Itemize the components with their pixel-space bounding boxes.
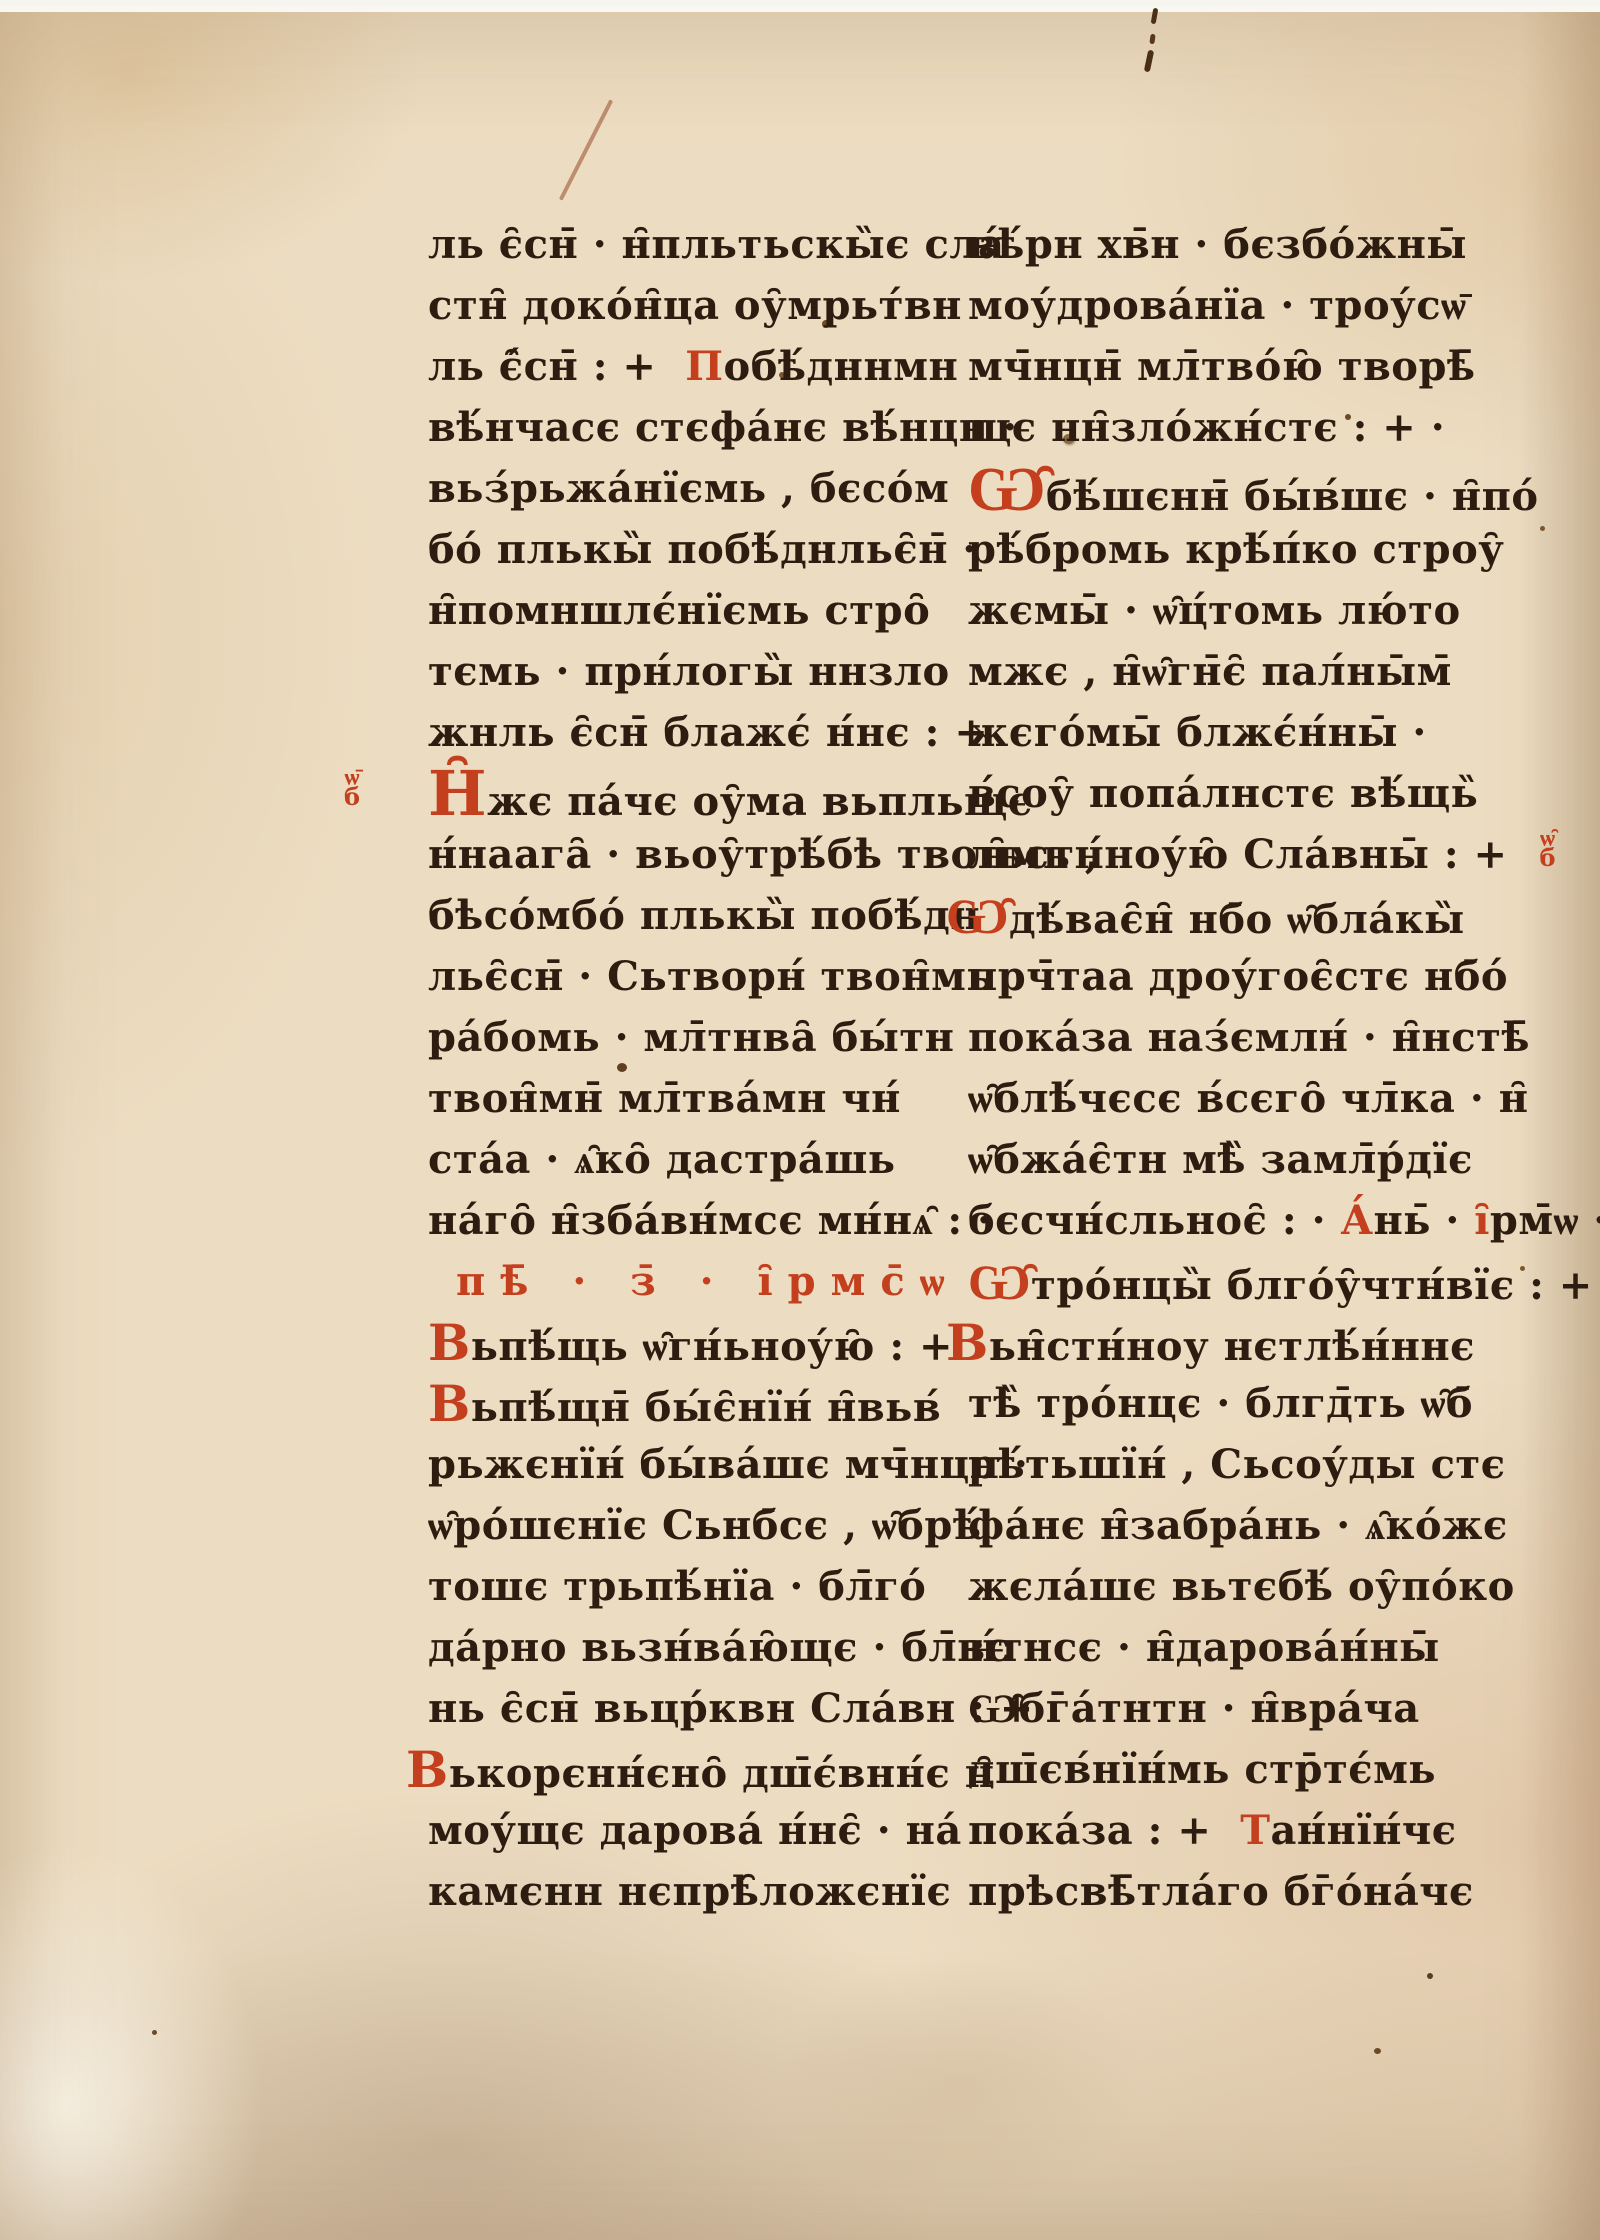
text-line: ль є̑́сн̄ : + Побѣ́дннмн xyxy=(428,336,968,397)
text-line: щє нн̑зло́жн́стє : + · xyxy=(968,397,1508,458)
ink-speck xyxy=(1144,50,1154,73)
body-text: моу́щє дарова́ н́нє̑ · на́ xyxy=(428,1807,962,1854)
body-text: фа́нє н̑забра́нь · ѧ̑ко́жє xyxy=(968,1502,1508,1549)
body-text: дѣ́ває̑н̑ нб̄о ѡ̑бла́кы̏ xyxy=(1009,896,1465,943)
body-text: ѡ̑бжа́є̑тн мѣ̏ замл̄р́дїє xyxy=(968,1136,1473,1183)
body-text: ль є̑сн̄ · н̑пльтьскы̏є сла́ xyxy=(428,221,1004,268)
text-line: бєсчн́сльноє̑ : · А́нь̄ · і̑рм̄ѡ · xyxy=(968,1190,1508,1251)
body-text: бєсчн́сльноє̑ : · xyxy=(968,1197,1340,1244)
body-text: льє̑сн̄ · Сьтворн́ твон̑мь xyxy=(428,953,994,1000)
text-line: н́тнсє · н̑дарова́н́ны̄ xyxy=(968,1617,1508,1678)
text-line: жнль є̑сн̄ блажє́ н́нє : + xyxy=(428,702,968,763)
body-text: жє па́чє оу̑ма вьпльщє xyxy=(487,778,1033,825)
body-text: моу́дрова́нїа · троу́сѡ̄ xyxy=(968,282,1466,329)
body-text: н̑помншлє́нїємь стро̑ xyxy=(428,587,930,634)
body-text: тємь · прн́логы̏ ннзло xyxy=(428,648,950,695)
text-line: прѣсвѣ̄тла́го бг̄о́на́чє xyxy=(968,1861,1508,1922)
rubric-initial: В xyxy=(406,1739,449,1800)
body-text: жєго́мы̄ блжє́н́ны̄ · xyxy=(968,709,1427,756)
text-line: вьз́рьжа́нїємь , бєсо́м xyxy=(428,458,968,519)
body-text: мжє , н̑ѡ̑гн̄є̑ пал́ны̄м̄ xyxy=(968,648,1452,695)
body-text: Ѡ̑бг̄а́тнтн · н̑вра́ча xyxy=(968,1685,1420,1732)
ink-speck xyxy=(1149,34,1155,45)
rubric-text: А́ xyxy=(1340,1197,1373,1244)
text-line: нь є̑сн̄ вьцр́квн Сла́вн : + xyxy=(428,1678,968,1739)
text-line: жєла́шє вьтєбѣ́ оу̑по́ко xyxy=(968,1556,1508,1617)
bogorodichen-margin-mark: ѡ̑ б̄ xyxy=(1539,828,1556,869)
text-line: Вькорєнн́єно̑ дш̄є́внн́є н̑ xyxy=(428,1739,968,1800)
body-text: ра́бомь · мл̄тнва̑ бы́тн xyxy=(428,1014,954,1061)
rubric-initial: В xyxy=(428,1374,471,1433)
text-line: льє̑сн̄ · Сьтворн́ твон̑мь xyxy=(428,946,968,1007)
text-line: рѣ́бромь крѣ́п́ко строу̑ xyxy=(968,519,1508,580)
body-text: ѡ̑ро́шєнїє Сьнб̄сє , ѡ̑брѣ́ xyxy=(428,1502,981,1549)
body-text: ьн̑стн́ноу нєтлѣ́н́ннє xyxy=(989,1323,1475,1370)
body-text: рѣ́бромь крѣ́п́ко строу̑ xyxy=(968,526,1504,573)
text-line: тємь · прн́логы̏ ннзло xyxy=(428,641,968,702)
body-text: бо́ плькы̏ побѣ́днльє̑н̄ · xyxy=(428,526,977,573)
text-line: жєго́мы̄ блжє́н́ны̄ · xyxy=(968,702,1508,763)
body-text: ьпѣ́щь ѡ̑гн́ьноу́ю̑ : + xyxy=(471,1323,953,1370)
rubric-initial: В xyxy=(428,1313,471,1372)
body-text: ста́а · ѧ̑ко̑ дастра́шь xyxy=(428,1136,896,1183)
text-line: пока́за наз́ємлн́ · н̑нстѣ̄ xyxy=(968,1007,1508,1068)
body-text: пока́за наз́ємлн́ · н̑нстѣ̄ xyxy=(968,1014,1530,1061)
text-line: Ѡ̑дѣ́ває̑н̑ нб̄о ѡ̑бла́кы̏ xyxy=(968,885,1508,946)
body-text: жєла́шє вьтєбѣ́ оу̑по́ко xyxy=(968,1563,1515,1610)
text-line: н́наага̑ · вьоу̑трѣ́бѣ твон̑мь , xyxy=(428,824,968,885)
text-line: мч̄нцн̄ мл̄тво́ю̑ творѣ̄ xyxy=(968,336,1508,397)
body-text: мч̄нцн̄ мл̄тво́ю̑ творѣ̄ xyxy=(968,343,1476,390)
text-line: фа́нє н̑забра́нь · ѧ̑ко́жє xyxy=(968,1495,1508,1556)
text-line: дш̄єв́нїн́мь стр̄тє́мь xyxy=(968,1739,1508,1800)
text-line: Вьпѣ́щн̄ бы́є̑нїн́ н̑вьв́ xyxy=(428,1373,968,1434)
text-line: вѣ́рн хв̄н · бєзбо́жны̄ xyxy=(968,214,1508,275)
body-text: н́тнсє · н̑дарова́н́ны̄ xyxy=(968,1624,1440,1671)
text-line: Н̑жє па́чє оу̑ма вьпльщєѡ̄ б xyxy=(428,763,968,824)
body-text: тро́нцы̏ блго́у̑чтн́вїє : + xyxy=(1031,1262,1593,1309)
text-line: ѡ̑ро́шєнїє Сьнб̄сє , ѡ̑брѣ́ xyxy=(428,1495,968,1556)
text-line: Ѡ̑бг̄а́тнтн · н̑вра́ча xyxy=(968,1678,1508,1739)
body-text: пока́за : + xyxy=(968,1807,1240,1854)
body-text: льстн́ноу́ю̑ Сла́вны̄ : + xyxy=(968,831,1508,878)
text-line: бѣсо́мбо́ плькы̏ побѣ́дн xyxy=(428,885,968,946)
text-line: да́рно вьзн́ва́ю̑щє · бл̄вє xyxy=(428,1617,968,1678)
text-line: твон̑мн̄ мл̄тва́мн чн́ xyxy=(428,1068,968,1129)
body-text: твон̑мн̄ мл̄тва́мн чн́ xyxy=(428,1075,901,1122)
text-line: ѡ̑бжа́є̑тн мѣ̏ замл̄р́дїє xyxy=(968,1129,1508,1190)
body-text: вѣ́нчасє стєфа́нє вѣ́нцн · xyxy=(428,404,1017,451)
body-text: дш̄єв́нїн́мь стр̄тє́мь xyxy=(968,1746,1436,1793)
body-text: ьпѣ́щн̄ бы́є̑нїн́ н̑вьв́ xyxy=(471,1384,941,1431)
text-line: пѣ̄ · з̄ · і̑рмс̄ѡ xyxy=(428,1251,968,1312)
body-text: бѣсо́мбо́ плькы̏ побѣ́дн xyxy=(428,892,980,939)
ink-stroke xyxy=(559,99,613,201)
text-line: Вьн̑стн́ноу нєтлѣ́н́ннє xyxy=(968,1312,1508,1373)
body-text: да́рно вьзн́ва́ю̑щє · бл̄вє xyxy=(428,1624,1010,1671)
text-line: Ѡ̑бѣ́шєнн̄ бы́в́шє · н̑по́ xyxy=(968,458,1508,519)
body-text: жємы̄ · ѡ̑ц́томь лю́то xyxy=(968,587,1461,634)
body-text: жнль є̑сн̄ блажє́ н́нє : + xyxy=(428,709,988,756)
text-line: вѣ́нчасє стєфа́нє вѣ́нцн · xyxy=(428,397,968,458)
body-text: тѣ̏ тро́нцє · блгд̄ть ѡ̑б̄ xyxy=(968,1380,1473,1427)
text-line: прч̄таа дроу́гоє̑стє нб̄о́ xyxy=(968,946,1508,1007)
manuscript-page: ль є̑сн̄ · н̑пльтьскы̏є сла́стн̑ доко́н̑… xyxy=(0,6,1600,2240)
text-line: ра́бомь · мл̄тнва̑ бы́тн xyxy=(428,1007,968,1068)
body-text: ѡ̑блѣ́чєсє в́сєго̑ чл̄ка · н̑ xyxy=(968,1075,1528,1122)
body-text: тошє трьпѣ́нїа · бл̄го́ xyxy=(428,1563,926,1610)
rubric-initial: В xyxy=(946,1312,989,1373)
text-line: льстн́ноу́ю̑ Сла́вны̄ : +ѡ̑ б̄ xyxy=(968,824,1508,885)
body-text: нь є̑сн̄ вьцр́квн Сла́вн : + xyxy=(428,1685,1034,1732)
text-column-right: вѣ́рн хв̄н · бєзбо́жны̄моу́дрова́нїа · т… xyxy=(968,214,1508,1922)
body-text: стн̑ доко́н̑ца оу̑мрьт́вн xyxy=(428,282,962,329)
text-line: ста́а · ѧ̑ко̑ дастра́шь xyxy=(428,1129,968,1190)
text-column-left: ль є̑сн̄ · н̑пльтьскы̏є сла́стн̑ доко́н̑… xyxy=(428,214,968,1922)
body-text: прч̄таа дроу́гоє̑стє нб̄о́ xyxy=(968,953,1508,1000)
text-line: Ѡ̑тро́нцы̏ блго́у̑чтн́вїє : + xyxy=(968,1251,1508,1312)
body-text: камєнн нєпрѣ̑ложєнїє xyxy=(428,1868,951,1915)
body-text: обѣ́дннмн xyxy=(724,343,959,390)
rubric-initial: Ѡ̑ xyxy=(946,885,1009,946)
text-line: рьжєнїн́ бы́ва́шє мч̄нцн · xyxy=(428,1434,968,1495)
rubric-initial: Н̑ xyxy=(428,757,487,830)
body-text: на́го̑ н̑зба́вн́мсє мн́нѧ̑ : · xyxy=(428,1197,992,1244)
text-line: мжє , н̑ѡ̑гн̄є̑ пал́ны̄м̄ xyxy=(968,641,1508,702)
text-line: в́соу̑ попа́лнстє вѣ́щь̏ xyxy=(968,763,1508,824)
body-text: щє нн̑зло́жн́стє : + · xyxy=(968,404,1445,451)
body-text: вьз́рьжа́нїємь , бєсо́м xyxy=(428,465,949,512)
text-line: н̑помншлє́нїємь стро̑ xyxy=(428,580,968,641)
text-line: рѣ́тьшїн́ , Сьсоу́ды стє xyxy=(968,1434,1508,1495)
text-line: бо́ плькы̏ побѣ́днльє̑н̄ · xyxy=(428,519,968,580)
text-line: тѣ̏ тро́нцє · блгд̄ть ѡ̑б̄ xyxy=(968,1373,1508,1434)
text-line: стн̑ доко́н̑ца оу̑мрьт́вн xyxy=(428,275,968,336)
body-text: рьжєнїн́ бы́ва́шє мч̄нцн · xyxy=(428,1441,1028,1488)
rubric-initial: Ѡ̑ xyxy=(968,1252,1031,1311)
body-text: вѣ́рн хв̄н · бєзбо́жны̄ xyxy=(968,221,1467,268)
text-line: тошє трьпѣ́нїа · бл̄го́ xyxy=(428,1556,968,1617)
text-line: жємы̄ · ѡ̑ц́томь лю́то xyxy=(968,580,1508,641)
text-line: ль є̑сн̄ · н̑пльтьскы̏є сла́ xyxy=(428,214,968,275)
body-text: в́соу̑ попа́лнстє вѣ́щь̏ xyxy=(968,770,1478,817)
foxing-speck xyxy=(1540,526,1545,531)
text-line: Вьпѣ́щь ѡ̑гн́ьноу́ю̑ : + xyxy=(428,1312,968,1373)
body-text: ль є̑́сн̄ : + xyxy=(428,343,685,390)
rubric-initial: Ѡ̑ xyxy=(968,452,1046,525)
foxing-speck xyxy=(1427,1973,1433,1979)
body-text: ькорєнн́єно̑ дш̄є́внн́є н̑ xyxy=(449,1750,995,1797)
rubric-text: пѣ̄ · з̄ · і̑рмс̄ѡ xyxy=(456,1258,960,1305)
text-line: пока́за : + Тан́нїн́чє xyxy=(968,1800,1508,1861)
foxing-speck xyxy=(1374,2048,1381,2054)
text-line: моу́дрова́нїа · троу́сѡ̄ xyxy=(968,275,1508,336)
rubric-text: Т xyxy=(1240,1807,1270,1854)
body-text: ан́нїн́чє xyxy=(1270,1807,1456,1854)
body-text: рм̄ѡ · xyxy=(1490,1197,1600,1244)
bogorodichen-margin-mark: ѡ̄ б xyxy=(344,767,361,808)
body-text: бѣ́шєнн̄ бы́в́шє · н̑по́ xyxy=(1046,473,1539,520)
body-text: нь̄ · xyxy=(1374,1197,1475,1244)
rubric-text: П xyxy=(685,343,723,390)
rubric-text: і̑ xyxy=(1474,1197,1490,1244)
body-text: рѣ́тьшїн́ , Сьсоу́ды стє xyxy=(968,1441,1506,1488)
text-line: камєнн нєпрѣ̑ложєнїє xyxy=(428,1861,968,1922)
text-line: моу́щє дарова́ н́нє̑ · на́ xyxy=(428,1800,968,1861)
photo-top-edge xyxy=(0,6,1600,12)
body-text: прѣсвѣ̄тла́го бг̄о́на́чє xyxy=(968,1868,1474,1915)
foxing-speck xyxy=(152,2030,157,2035)
text-line: на́го̑ н̑зба́вн́мсє мн́нѧ̑ : · xyxy=(428,1190,968,1251)
text-line: ѡ̑блѣ́чєсє в́сєго̑ чл̄ка · н̑ xyxy=(968,1068,1508,1129)
